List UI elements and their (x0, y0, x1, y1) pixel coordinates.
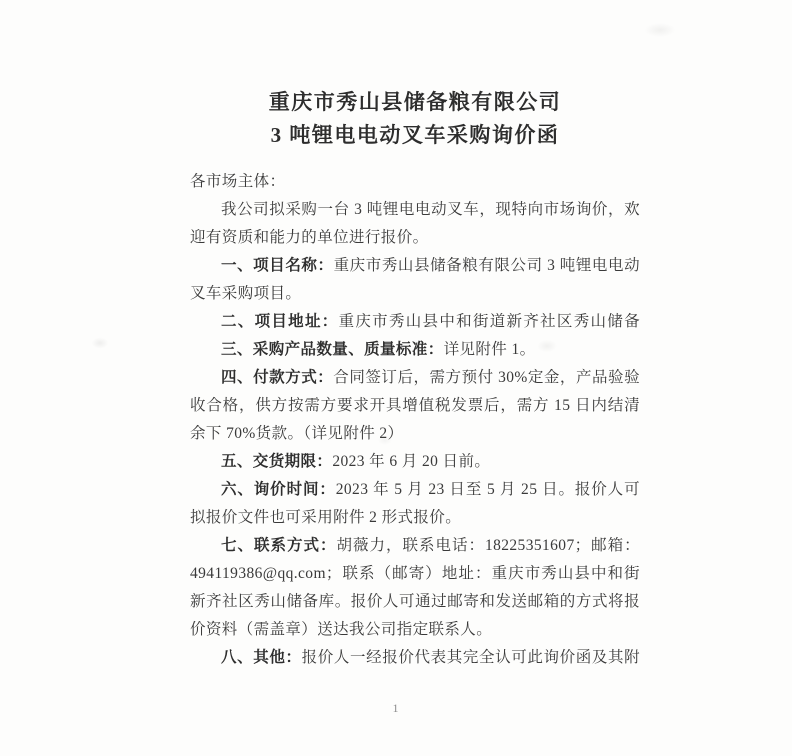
doc-line: 七、联系方式：胡薇力，联系电话：18225351607；邮箱： (190, 532, 640, 560)
doc-line: 迎有资质和能力的单位进行报价。 (190, 224, 640, 252)
scanned-document-page: 重庆市秀山县储备粮有限公司 3 吨锂电电动叉车采购询价函 各市场主体： 我公司拟… (0, 0, 792, 756)
section-label: 四、付款方式： (221, 369, 333, 386)
section-text: 重庆市秀山县储备粮有限公司 3 吨锂电电动 (334, 257, 640, 274)
paragraph-text: 迎有资质和能力的单位进行报价。 (190, 229, 429, 246)
doc-title-line-2: 3 吨锂电电动叉车采购询价函 (190, 119, 640, 152)
section-text: 2023 年 6 月 20 日前。 (332, 453, 490, 470)
doc-line: 六、询价时间：2023 年 5 月 23 日至 5 月 25 日。报价人可自 (190, 476, 640, 504)
section-label: 二、项目地址： (221, 313, 339, 330)
section-text: 余下 70%货款。（详见附件 2） (190, 425, 403, 442)
doc-line: 一、项目名称：重庆市秀山县储备粮有限公司 3 吨锂电电动 (190, 252, 640, 280)
section-label: 六、询价时间： (221, 481, 336, 498)
section-text: 收合格，供方按需方要求开具增值税发票后，需方 15 日内结清 (190, 397, 640, 414)
doc-line: 四、付款方式：合同签订后，需方预付 30%定金，产品验验 (190, 364, 640, 392)
doc-line: 价资料（需盖章）送达我公司指定联系人。 (190, 616, 640, 644)
section-text: 报价人一经报价代表其完全认可此询价函及其附 (302, 649, 640, 666)
doc-line: 二、项目地址：重庆市秀山县中和街道新齐社区秀山储备库。 (190, 308, 640, 336)
doc-line: 新齐社区秀山储备库。报价人可通过邮寄和发送邮箱的方式将报 (190, 588, 640, 616)
paragraph-text: 我公司拟采购一台 3 吨锂电电动叉车，现特向市场询价，欢 (221, 201, 640, 218)
doc-line: 收合格，供方按需方要求开具增值税发票后，需方 15 日内结清 (190, 392, 640, 420)
doc-title-line-1: 重庆市秀山县储备粮有限公司 (190, 86, 640, 119)
doc-line: 五、交货期限：2023 年 6 月 20 日前。 (190, 448, 640, 476)
section-text: 新齐社区秀山储备库。报价人可通过邮寄和发送邮箱的方式将报 (190, 593, 640, 610)
doc-line: 三、采购产品数量、质量标准：详见附件 1。 (190, 336, 640, 364)
section-text: 叉车采购项目。 (190, 285, 301, 302)
section-label: 七、联系方式： (221, 537, 336, 554)
doc-line: 我公司拟采购一台 3 吨锂电电动叉车，现特向市场询价，欢 (190, 196, 640, 224)
doc-line: 叉车采购项目。 (190, 280, 640, 308)
section-label: 八、其他： (221, 649, 302, 666)
section-label: 一、项目名称： (221, 257, 334, 274)
doc-line: 余下 70%货款。（详见附件 2） (190, 420, 640, 448)
section-text: 价资料（需盖章）送达我公司指定联系人。 (190, 621, 492, 638)
section-text: 494119386@qq.com；联系（邮寄）地址：重庆市秀山县中和街道 (190, 565, 640, 588)
section-text: 合同签订后，需方预付 30%定金，产品验验 (333, 369, 640, 386)
doc-line: 八、其他：报价人一经报价代表其完全认可此询价函及其附 (190, 644, 640, 672)
section-text: 胡薇力，联系电话：18225351607；邮箱： (336, 537, 640, 554)
doc-line: 494119386@qq.com；联系（邮寄）地址：重庆市秀山县中和街道 (190, 560, 640, 588)
section-label: 三、采购产品数量、质量标准： (221, 341, 444, 358)
section-label: 五、交货期限： (221, 453, 332, 470)
document-title: 重庆市秀山县储备粮有限公司 3 吨锂电电动叉车采购询价函 (190, 86, 640, 152)
doc-line: 拟报价文件也可采用附件 2 形式报价。 (190, 504, 640, 532)
document-body: 各市场主体： 我公司拟采购一台 3 吨锂电电动叉车，现特向市场询价，欢 迎有资质… (190, 168, 640, 672)
section-text: 拟报价文件也可采用附件 2 形式报价。 (190, 509, 461, 526)
page-number: 1 (0, 701, 792, 716)
section-text: 详见附件 1。 (444, 341, 536, 358)
salutation: 各市场主体： (190, 168, 640, 196)
